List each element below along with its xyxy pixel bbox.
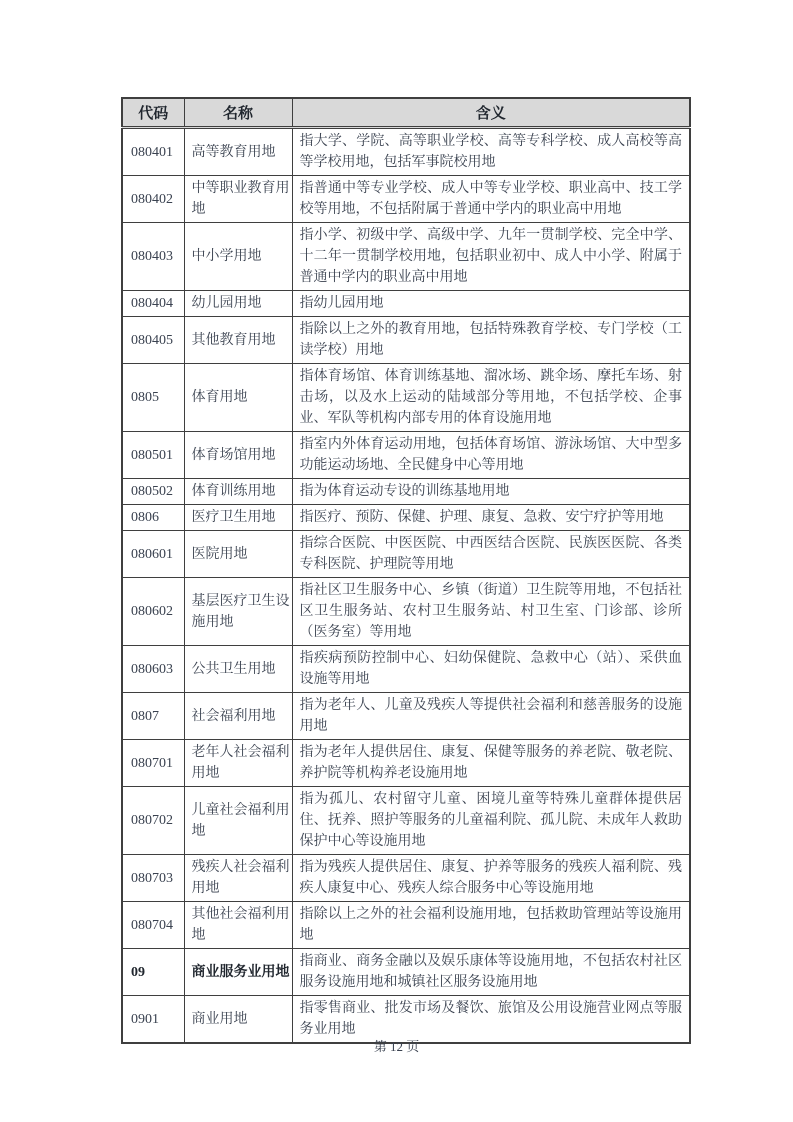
code-cell: 09	[122, 949, 184, 996]
table-row: 080405 其他教育用地 指除以上之外的教育用地，包括特殊教育学校、专门学校（…	[122, 317, 690, 364]
table-row: 080701 老年人社会福利用地 指为老年人提供居住、康复、保健等服务的养老院、…	[122, 740, 690, 787]
code-cell: 080404	[122, 291, 184, 317]
name-cell: 儿童社会福利用地	[184, 787, 292, 855]
table-row: 080402 中等职业教育用地 指普通中等专业学校、成人中等专业学校、职业高中、…	[122, 176, 690, 223]
code-cell: 080403	[122, 223, 184, 291]
code-cell: 080704	[122, 902, 184, 949]
code-cell: 080601	[122, 531, 184, 578]
table-row: 0805 体育用地 指体育场馆、体育训练基地、溜冰场、跳伞场、摩托车场、射击场，…	[122, 364, 690, 432]
code-cell: 080702	[122, 787, 184, 855]
code-cell: 080402	[122, 176, 184, 223]
name-cell: 高等教育用地	[184, 128, 292, 176]
meaning-cell: 指为孤儿、农村留守儿童、困境儿童等特殊儿童群体提供居住、抚养、照护等服务的儿童福…	[292, 787, 690, 855]
name-cell: 医疗卫生用地	[184, 505, 292, 531]
name-cell: 老年人社会福利用地	[184, 740, 292, 787]
meaning-cell: 指综合医院、中医医院、中西医结合医院、民族医医院、各类专科医院、护理院等用地	[292, 531, 690, 578]
code-cell: 080703	[122, 855, 184, 902]
meaning-cell: 指为老年人、儿童及残疾人等提供社会福利和慈善服务的设施用地	[292, 693, 690, 740]
name-cell: 残疾人社会福利用地	[184, 855, 292, 902]
meaning-cell: 指除以上之外的社会福利设施用地，包括救助管理站等设施用地	[292, 902, 690, 949]
header-cell-name: 名称	[184, 98, 292, 128]
table-row: 080704 其他社会福利用地 指除以上之外的社会福利设施用地，包括救助管理站等…	[122, 902, 690, 949]
meaning-cell: 指疾病预防控制中心、妇幼保健院、急救中心（站）、采供血设施等用地	[292, 646, 690, 693]
name-cell: 公共卫生用地	[184, 646, 292, 693]
code-cell: 080401	[122, 128, 184, 176]
code-cell: 080603	[122, 646, 184, 693]
page-number-footer: 第 12 页	[0, 1036, 793, 1055]
header-cell-code: 代码	[122, 98, 184, 128]
table-row: 09 商业服务业用地 指商业、商务金融以及娱乐康体等设施用地，不包括农村社区服务…	[122, 949, 690, 996]
name-cell: 体育训练用地	[184, 479, 292, 505]
name-cell: 其他社会福利用地	[184, 902, 292, 949]
table-header-row: 代码 名称 含义	[122, 98, 690, 128]
code-cell: 080602	[122, 578, 184, 646]
meaning-cell: 指普通中等专业学校、成人中等专业学校、职业高中、技工学校等用地，不包括附属于普通…	[292, 176, 690, 223]
table-row: 080602 基层医疗卫生设施用地 指社区卫生服务中心、乡镇（街道）卫生院等用地…	[122, 578, 690, 646]
name-cell: 中等职业教育用地	[184, 176, 292, 223]
name-cell: 体育场馆用地	[184, 432, 292, 479]
table-row: 080703 残疾人社会福利用地 指为残疾人提供居住、康复、护养等服务的残疾人福…	[122, 855, 690, 902]
meaning-cell: 指社区卫生服务中心、乡镇（街道）卫生院等用地，不包括社区卫生服务站、农村卫生服务…	[292, 578, 690, 646]
meaning-cell: 指为残疾人提供居住、康复、护养等服务的残疾人福利院、残疾人康复中心、残疾人综合服…	[292, 855, 690, 902]
table-row: 080501 体育场馆用地 指室内外体育运动用地，包括体育场馆、游泳场馆、大中型…	[122, 432, 690, 479]
code-cell: 080501	[122, 432, 184, 479]
table-row: 080404 幼儿园用地 指幼儿园用地	[122, 291, 690, 317]
code-cell: 080502	[122, 479, 184, 505]
table-row: 0806 医疗卫生用地 指医疗、预防、保健、护理、康复、急救、安宁疗护等用地	[122, 505, 690, 531]
table-row: 080401 高等教育用地 指大学、学院、高等职业学校、高等专科学校、成人高校等…	[122, 128, 690, 176]
code-cell: 080405	[122, 317, 184, 364]
name-cell: 体育用地	[184, 364, 292, 432]
name-cell: 社会福利用地	[184, 693, 292, 740]
table-row: 080702 儿童社会福利用地 指为孤儿、农村留守儿童、困境儿童等特殊儿童群体提…	[122, 787, 690, 855]
code-cell: 080701	[122, 740, 184, 787]
meaning-cell: 指幼儿园用地	[292, 291, 690, 317]
meaning-cell: 指大学、学院、高等职业学校、高等专科学校、成人高校等高等学校用地，包括军事院校用…	[292, 128, 690, 176]
meaning-cell: 指室内外体育运动用地，包括体育场馆、游泳场馆、大中型多功能运动场地、全民健身中心…	[292, 432, 690, 479]
code-cell: 0807	[122, 693, 184, 740]
name-cell: 幼儿园用地	[184, 291, 292, 317]
meaning-cell: 指商业、商务金融以及娱乐康体等设施用地，不包括农村社区服务设施用地和城镇社区服务…	[292, 949, 690, 996]
meaning-cell: 指为老年人提供居住、康复、保健等服务的养老院、敬老院、养护院等机构养老设施用地	[292, 740, 690, 787]
code-cell: 0805	[122, 364, 184, 432]
table-row: 080403 中小学用地 指小学、初级中学、高级中学、九年一贯制学校、完全中学、…	[122, 223, 690, 291]
meaning-cell: 指除以上之外的教育用地，包括特殊教育学校、专门学校（工读学校）用地	[292, 317, 690, 364]
meaning-cell: 指医疗、预防、保健、护理、康复、急救、安宁疗护等用地	[292, 505, 690, 531]
table-row: 080601 医院用地 指综合医院、中医医院、中西医结合医院、民族医医院、各类专…	[122, 531, 690, 578]
name-cell: 其他教育用地	[184, 317, 292, 364]
meaning-cell: 指小学、初级中学、高级中学、九年一贯制学校、完全中学、十二年一贯制学校用地，包括…	[292, 223, 690, 291]
name-cell: 中小学用地	[184, 223, 292, 291]
name-cell: 医院用地	[184, 531, 292, 578]
document-page: 代码 名称 含义 080401 高等教育用地 指大学、学院、高等职业学校、高等专…	[0, 0, 793, 1122]
land-use-classification-table: 代码 名称 含义 080401 高等教育用地 指大学、学院、高等职业学校、高等专…	[121, 97, 691, 1044]
table-container: 代码 名称 含义 080401 高等教育用地 指大学、学院、高等职业学校、高等专…	[121, 97, 689, 1044]
meaning-cell: 指为体育运动专设的训练基地用地	[292, 479, 690, 505]
meaning-cell: 指体育场馆、体育训练基地、溜冰场、跳伞场、摩托车场、射击场，以及水上运动的陆域部…	[292, 364, 690, 432]
name-cell: 商业服务业用地	[184, 949, 292, 996]
code-cell: 0806	[122, 505, 184, 531]
table-row: 0807 社会福利用地 指为老年人、儿童及残疾人等提供社会福利和慈善服务的设施用…	[122, 693, 690, 740]
name-cell: 基层医疗卫生设施用地	[184, 578, 292, 646]
header-cell-meaning: 含义	[292, 98, 690, 128]
table-row: 080603 公共卫生用地 指疾病预防控制中心、妇幼保健院、急救中心（站）、采供…	[122, 646, 690, 693]
table-row: 080502 体育训练用地 指为体育运动专设的训练基地用地	[122, 479, 690, 505]
